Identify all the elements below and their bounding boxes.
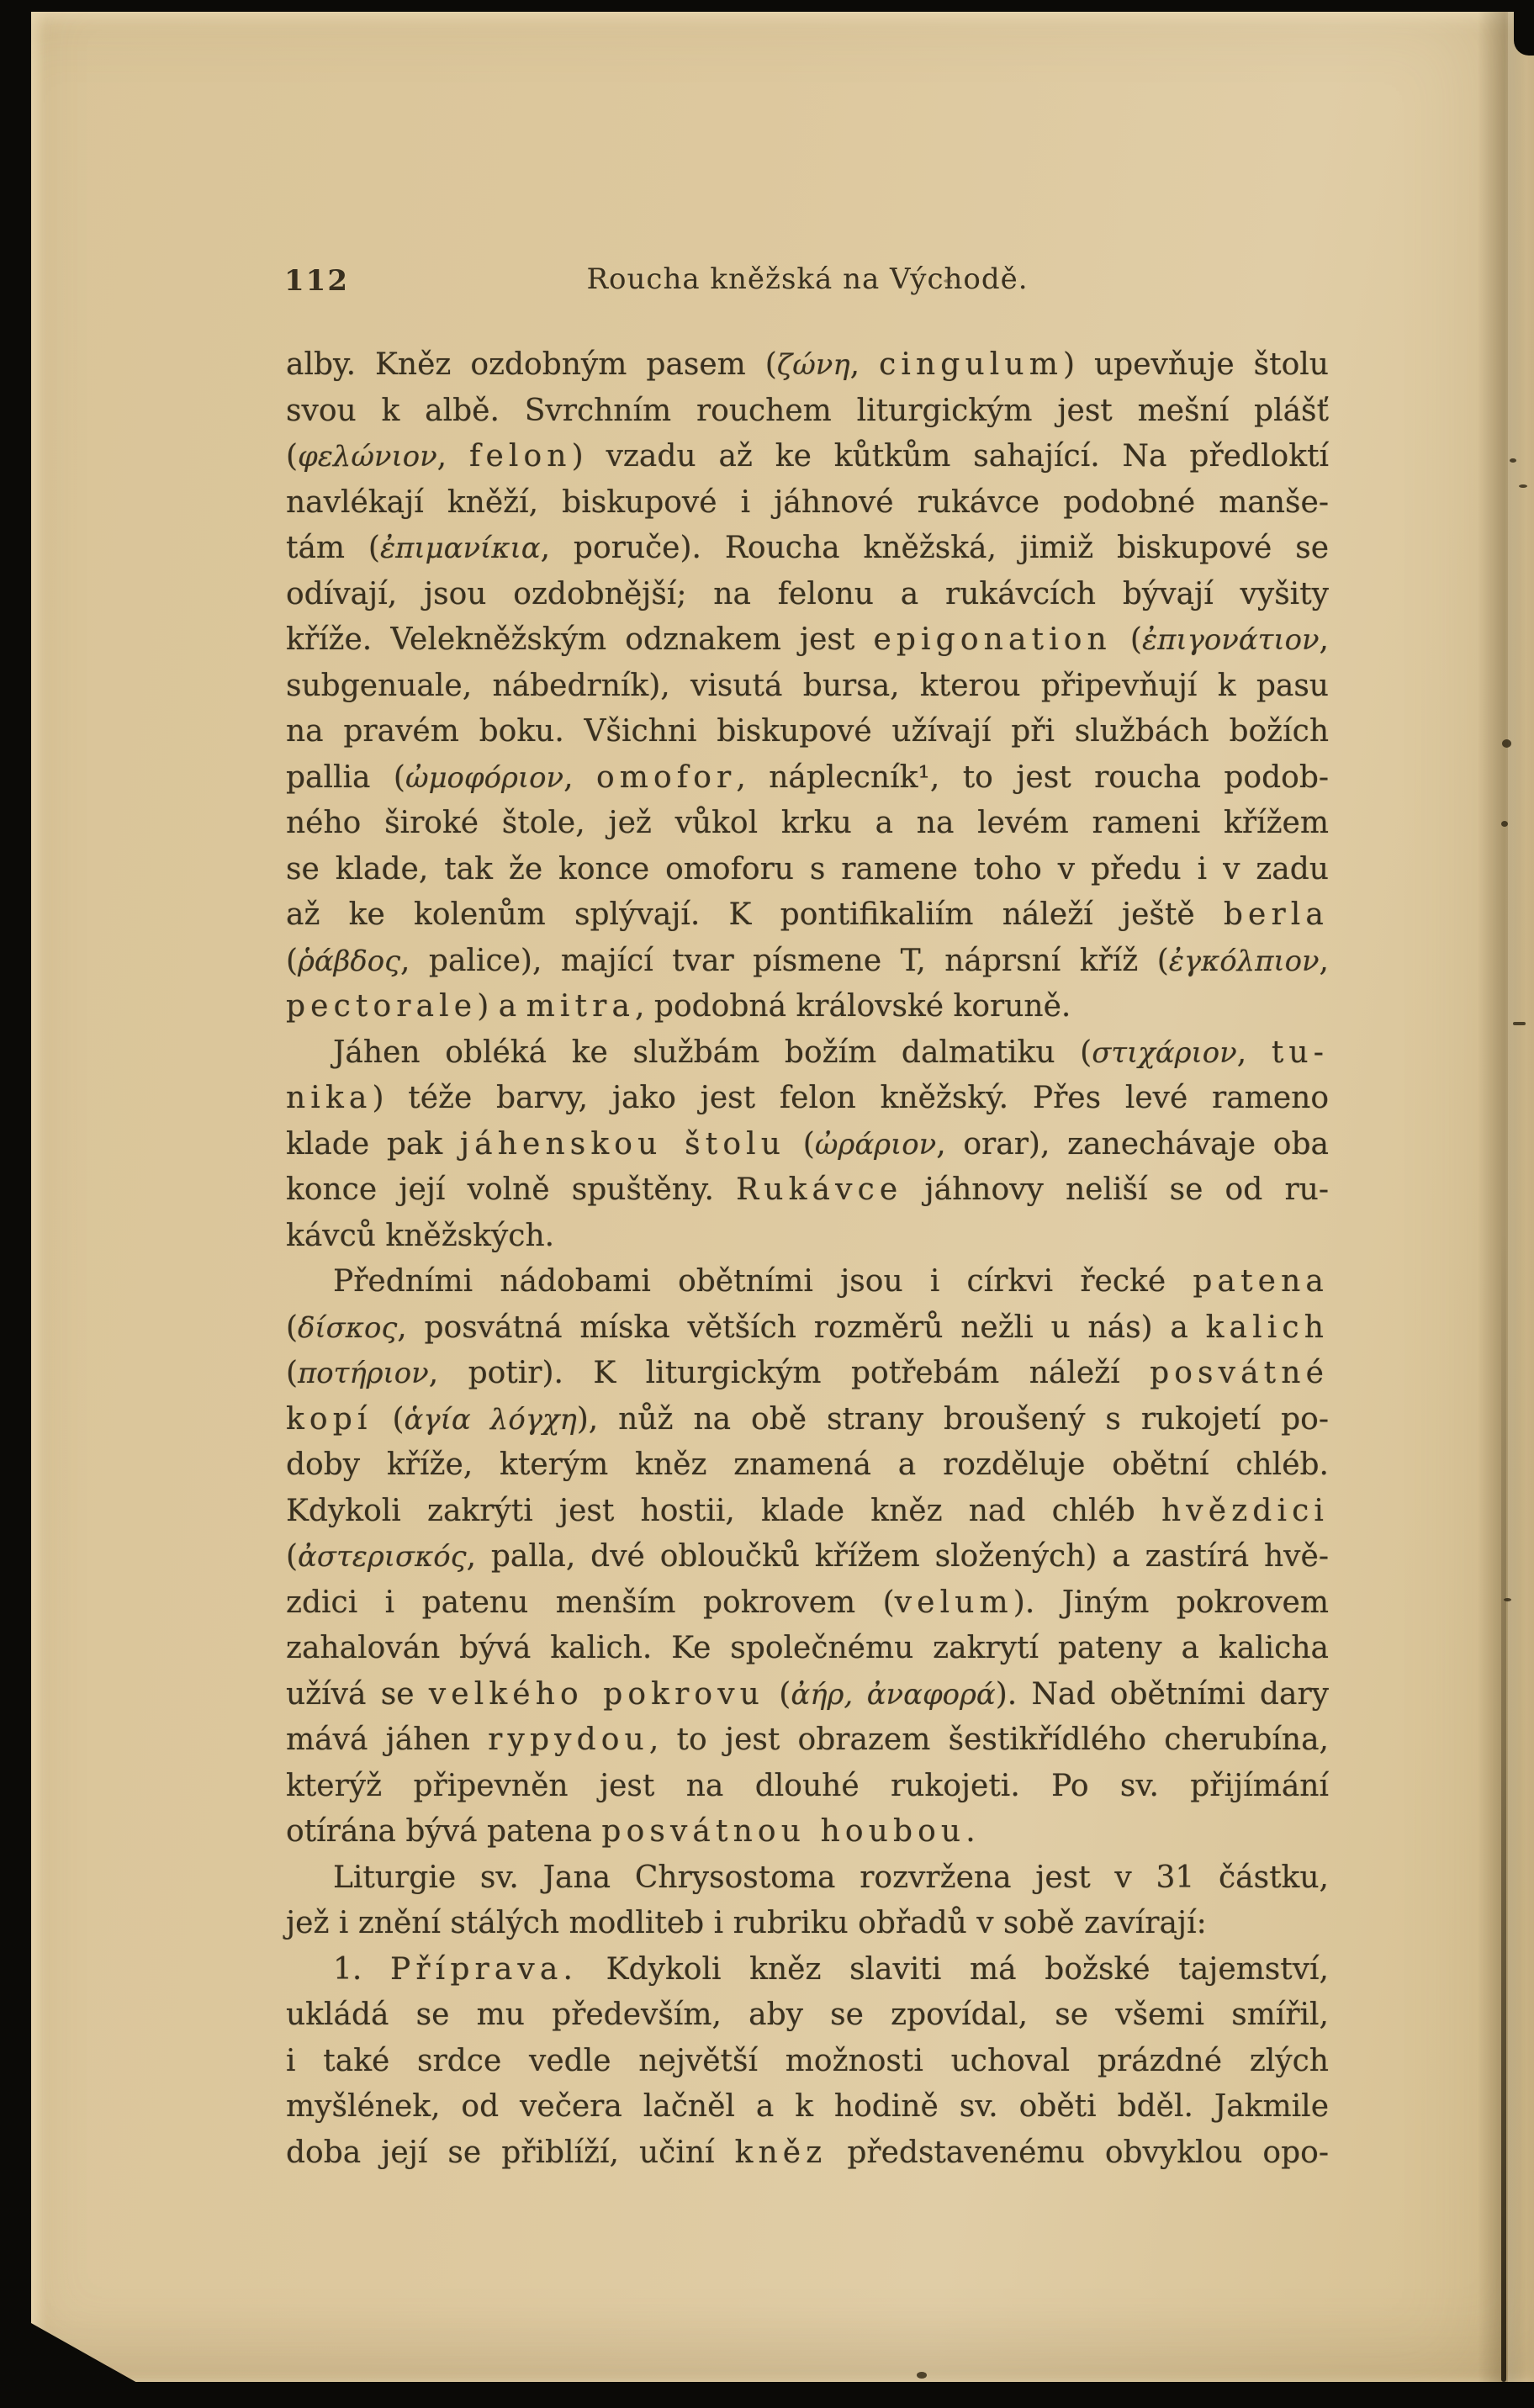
page-number: 112: [284, 264, 349, 298]
emphasized-term: Příprava.: [390, 1952, 578, 1987]
text-line: kávců kněžských.: [286, 1214, 1329, 1260]
body-text: alby. Kněz ozdobným pasem (ζώνη, cingulu…: [286, 342, 1329, 2176]
text-line: (ποτήριον, potir). K liturgickým potřebá…: [286, 1351, 1329, 1397]
scan-speck: [1519, 484, 1527, 488]
text-run: jež i znění stálých modliteb i rubriku o…: [286, 1906, 1207, 1940]
text-run: , to jest obrazem šestikřídlého cherubín…: [649, 1723, 1329, 1757]
text-run: ukládá se mu především, aby se zpovídal,…: [286, 1998, 1329, 2032]
text-run: (: [286, 1310, 298, 1345]
emphasized-term: velkého pokrovu: [429, 1677, 764, 1712]
greek-term: ἐγκόλπιον: [1169, 945, 1320, 977]
text-run: (: [786, 1127, 815, 1162]
emphasized-term: rypydou: [488, 1723, 649, 1757]
text-line: pectorale) a mitra, podobná královské ko…: [286, 984, 1329, 1030]
greek-term: ὠράριον: [815, 1128, 936, 1161]
text-run: ,: [850, 347, 879, 382]
greek-term: ὠμοφόριον: [405, 761, 563, 794]
text-line: Liturgie sv. Jana Chrysostoma rozvržena …: [286, 1855, 1329, 1902]
text-line: odívají, jsou ozdobnější; na felonu a ru…: [286, 572, 1329, 618]
text-run: , potir). K liturgickým potřebám náleží: [429, 1356, 1150, 1390]
text-line: ukládá se mu především, aby se zpovídal,…: [286, 1993, 1329, 2039]
emphasized-term: cingulum: [879, 347, 1063, 382]
scan-corner-shadow: [31, 2323, 139, 2384]
text-run: Předními nádobami obětními jsou i církvi…: [333, 1264, 1193, 1299]
text-run: ,: [563, 760, 596, 795]
emphasized-term: posvátnou houbou: [601, 1814, 965, 1849]
text-run: , palice), mající tvar písmene T, náprsn…: [400, 944, 1169, 978]
text-line: 1. Příprava. Kdykoli kněz slaviti má bož…: [286, 1947, 1329, 1993]
text-run: , podobná královské koruně.: [635, 989, 1071, 1024]
scan-speck: [1502, 739, 1511, 748]
text-run: Jáhen obléká ke službám božím dalmatiku …: [333, 1035, 1092, 1070]
emphasized-term: posvátné: [1150, 1356, 1329, 1390]
text-run: ). Jiným pokrovem: [1013, 1585, 1329, 1620]
scan-border-notch: [1514, 0, 1534, 56]
greek-term: ποτήριον: [298, 1357, 429, 1389]
text-run: .: [965, 1814, 975, 1849]
emphasized-term: pectorale: [286, 989, 477, 1024]
text-run: (: [286, 439, 298, 474]
text-run: zahalován bývá kalich. Ke společnému zak…: [286, 1631, 1329, 1665]
emphasized-term: berla: [1224, 897, 1329, 932]
text-line: pallia (ὠμοφόριον, omofor, náplecník¹, t…: [286, 755, 1329, 802]
text-run: ) vzadu až ke kůtkům sahající. Na předlo…: [572, 439, 1329, 474]
emphasized-term: epigonation: [873, 622, 1111, 657]
scan-speck: [1501, 821, 1508, 827]
text-line: otírána bývá patena posvátnou houbou.: [286, 1809, 1329, 1855]
text-line: až ke kolenům splývají. K pontifikaliím …: [286, 892, 1329, 939]
text-run: mává jáhen: [286, 1723, 488, 1757]
greek-term: ἀστερισκός: [298, 1540, 467, 1573]
text-run: kterýž připevněn jest na dlouhé rukojeti…: [286, 1769, 1329, 1803]
greek-term: ἐπιγονάτιον: [1142, 623, 1320, 656]
text-line: (ἀστερισκός, palla, dvé obloučků křížem …: [286, 1534, 1329, 1580]
text-run: ). Nad obětními dary: [996, 1677, 1329, 1712]
text-run: doby kříže, kterým kněz znamená a rozděl…: [286, 1447, 1329, 1482]
text-line: užívá se velkého pokrovu (ἀήρ, ἀναφορά).…: [286, 1672, 1329, 1718]
text-run: (: [373, 1402, 405, 1437]
text-run: myšlének, od večera lačněl a k hodině sv…: [286, 2089, 1329, 2124]
text-line: jež i znění stálých modliteb i rubriku o…: [286, 1901, 1329, 1947]
text-block: 112 Roucha kněžská na Východě. alby. Kně…: [286, 259, 1329, 336]
text-run: užívá se: [286, 1677, 429, 1712]
text-line: doba její se přiblíží, učiní kněz předst…: [286, 2130, 1329, 2177]
text-line: klade pak jáhenskou štolu (ὠράριον, orar…: [286, 1122, 1329, 1168]
emphasized-term: kněz: [735, 2135, 828, 2170]
text-line: i také srdce vedle největší možnosti uch…: [286, 2039, 1329, 2085]
text-run: , palla, dvé obloučků křížem složených) …: [467, 1539, 1329, 1574]
text-run: Kdykoli zakrýti jest hostii, klade kněz …: [286, 1494, 1161, 1528]
scan-speck: [1510, 458, 1516, 463]
text-run: na pravém boku. Všichni biskupové užívaj…: [286, 714, 1329, 749]
text-line: (ῥάβδος, palice), mající tvar písmene T,…: [286, 939, 1329, 985]
greek-term: ἐπιμανίκια: [380, 532, 541, 564]
text-line: na pravém boku. Všichni biskupové užívaj…: [286, 709, 1329, 755]
text-run: (: [1112, 622, 1142, 657]
text-run: Liturgie sv. Jana Chrysostoma rozvržena …: [333, 1860, 1329, 1895]
text-line: zahalován bývá kalich. Ke společnému zak…: [286, 1626, 1329, 1672]
text-run: Kdykoli kněz slaviti má božské tajemství…: [578, 1952, 1329, 1987]
text-run: (: [286, 1539, 298, 1574]
emphasized-term: tu-: [1272, 1035, 1329, 1070]
text-line: kříže. Velekněžským odznakem jest epigon…: [286, 617, 1329, 664]
text-line: ného široké štole, jež vůkol krku a na l…: [286, 801, 1329, 847]
text-line: zdici i patenu menším pokrovem (velum). …: [286, 1580, 1329, 1627]
greek-term: ἀήρ, ἀναφορά: [791, 1678, 995, 1711]
text-line: se klade, tak že konce omoforu s ramene …: [286, 847, 1329, 893]
text-run: (: [764, 1677, 791, 1712]
text-run: svou k albě. Svrchním rouchem liturgický…: [286, 394, 1329, 428]
emphasized-term: hvězdici: [1161, 1494, 1329, 1528]
scan-speck: [917, 2372, 927, 2379]
greek-term: δίσκος: [298, 1311, 397, 1344]
text-run: ) upevňuje štolu: [1063, 347, 1329, 382]
text-run: navlékají kněží, biskupové i jáhnové ruk…: [286, 485, 1329, 520]
scan-speck: [1504, 1598, 1511, 1601]
text-run: se klade, tak že konce omoforu s ramene …: [286, 852, 1329, 886]
text-run: tám (: [286, 531, 380, 565]
emphasized-term: felon: [469, 439, 572, 474]
text-run: jáhnovy neliší se od ru-: [902, 1172, 1329, 1207]
emphasized-term: nika: [286, 1081, 372, 1115]
scan-speck: [1513, 1022, 1526, 1025]
text-run: otírána bývá patena: [286, 1814, 601, 1849]
emphasized-term: kopí: [286, 1402, 373, 1437]
text-line: tám (ἐπιμανίκια, poruče). Roucha kněžská…: [286, 526, 1329, 572]
page-edge-highlight: [1508, 12, 1534, 2382]
emphasized-term: mitra: [526, 989, 635, 1024]
text-run: ného široké štole, jež vůkol krku a na l…: [286, 806, 1329, 840]
text-run: , posvátná míska větších rozměrů nežli u…: [397, 1310, 1205, 1345]
book-scan: 112 Roucha kněžská na Východě. alby. Kně…: [0, 0, 1534, 2408]
text-line: kterýž připevněn jest na dlouhé rukojeti…: [286, 1764, 1329, 1810]
text-run: alby. Kněz ozdobným pasem (: [286, 347, 777, 382]
text-line: myšlének, od večera lačněl a k hodině sv…: [286, 2084, 1329, 2130]
text-run: až ke kolenům splývají. K pontifikaliím …: [286, 897, 1224, 932]
text-run: ,: [1320, 622, 1329, 657]
text-line: (δίσκος, posvátná míska větších rozměrů …: [286, 1305, 1329, 1352]
text-line: Kdykoli zakrýti jest hostii, klade kněz …: [286, 1489, 1329, 1535]
text-run: klade pak: [286, 1127, 460, 1162]
text-run: (: [286, 944, 298, 978]
text-line: svou k albě. Svrchním rouchem liturgický…: [286, 389, 1329, 435]
text-run: ,: [437, 439, 469, 474]
text-line: alby. Kněz ozdobným pasem (ζώνη, cingulu…: [286, 342, 1329, 389]
text-line: doby kříže, kterým kněz znamená a rozděl…: [286, 1442, 1329, 1489]
text-run: zdici i patenu menším pokrovem (: [286, 1585, 895, 1620]
emphasized-term: kalich: [1206, 1310, 1329, 1345]
text-line: subgenuale, nábedrník), visutá bursa, kt…: [286, 664, 1329, 710]
text-run: i také srdce vedle největší možnosti uch…: [286, 2044, 1329, 2078]
text-line: Předními nádobami obětními jsou i církvi…: [286, 1259, 1329, 1305]
text-run: pallia (: [286, 760, 405, 795]
book-page: 112 Roucha kněžská na Východě. alby. Kně…: [31, 12, 1534, 2382]
text-run: ,: [1237, 1035, 1272, 1070]
text-run: doba její se přiblíží, učiní: [286, 2135, 735, 2170]
text-run: , orar), zanechávaje oba: [936, 1127, 1329, 1162]
text-line: navlékají kněží, biskupové i jáhnové ruk…: [286, 480, 1329, 527]
running-head: Roucha kněžská na Východě.: [286, 259, 1329, 296]
text-run: (: [286, 1356, 298, 1390]
page-header: 112 Roucha kněžská na Východě.: [286, 259, 1329, 336]
greek-term: στιχάριον: [1092, 1036, 1237, 1069]
text-run: představenému obvyklou opo-: [827, 2135, 1329, 2170]
text-run: ) a: [477, 989, 526, 1024]
greek-term: ζώνη: [777, 348, 850, 381]
text-line: (φελώνιον, felon) vzadu až ke kůtkům sah…: [286, 434, 1329, 480]
emphasized-term: patena: [1193, 1264, 1329, 1299]
text-line: kopí (ἁγία λόγχη), nůž na obě strany bro…: [286, 1397, 1329, 1443]
text-run: kříže. Velekněžským odznakem jest: [286, 622, 873, 657]
greek-term: φελώνιον: [298, 440, 437, 473]
text-run: odívají, jsou ozdobnější; na felonu a ru…: [286, 577, 1329, 611]
text-run: konce její volně spuštěny.: [286, 1172, 736, 1207]
emphasized-term: Rukávce: [736, 1172, 902, 1207]
text-line: Jáhen obléká ke službám božím dalmatiku …: [286, 1030, 1329, 1077]
scan-speck: [944, 279, 952, 283]
emphasized-term: velum: [895, 1585, 1013, 1620]
text-run: ,: [1320, 944, 1329, 978]
text-line: nika) téže barvy, jako jest felon kněžsk…: [286, 1076, 1329, 1122]
text-run: , náplecník¹, to jest roucha podob-: [736, 760, 1329, 795]
page-fold-line: [1501, 1231, 1506, 2382]
text-run: ), nůž na obě strany broušený s rukojetí…: [577, 1402, 1329, 1437]
greek-term: ἁγία λόγχη: [405, 1403, 577, 1436]
greek-term: ῥάβδος: [298, 945, 400, 977]
emphasized-term: jáhenskou štolu: [460, 1127, 786, 1162]
emphasized-term: omofor: [596, 760, 736, 795]
text-line: konce její volně spuštěny. Rukávce jáhno…: [286, 1167, 1329, 1214]
text-run: 1.: [333, 1952, 390, 1987]
text-run: , poruče). Roucha kněžská, jimiž biskupo…: [541, 531, 1329, 565]
text-line: mává jáhen rypydou, to jest obrazem šest…: [286, 1717, 1329, 1764]
text-run: subgenuale, nábedrník), visutá bursa, kt…: [286, 669, 1329, 703]
text-run: kávců kněžských.: [286, 1219, 554, 1253]
text-run: ) téže barvy, jako jest felon kněžský. P…: [372, 1081, 1329, 1115]
